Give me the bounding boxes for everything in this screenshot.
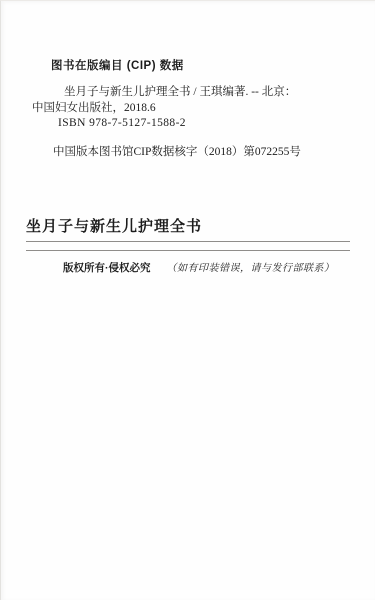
cip-heading: 图书在版编目 (CIP) 数据: [51, 57, 350, 73]
cip-record: 坐月子与新生儿护理全书 / 王琪编著. -- 北京：中国妇女出版社，2018.6…: [1, 85, 375, 132]
copyright-notice: 版权所有·侵权必究: [63, 262, 151, 274]
cip-record-line: 坐月子与新生儿护理全书 / 王琪编著. -- 北京：: [32, 85, 375, 101]
book-copyright-page: 图书在版编目 (CIP) 数据 坐月子与新生儿护理全书 / 王琪编著. -- 北…: [0, 0, 375, 600]
cip-registry-number: 中国版本图书馆CIP数据核字（2018）第072255号: [1, 143, 375, 159]
cip-record-line: ISBN 978-7-5127-1588-2: [32, 116, 375, 132]
book-title: 坐月子与新生儿护理全书: [26, 219, 350, 234]
copyright-line: 版权所有·侵权必究 （如有印装错误，请与发行部联系）: [1, 258, 375, 276]
copyright-note: （如有印装错误，请与发行部联系）: [167, 263, 335, 274]
cip-record-line: 中国妇女出版社，2018.6: [32, 101, 375, 117]
bottom-divider: [26, 250, 350, 251]
title-divider: [26, 241, 350, 242]
